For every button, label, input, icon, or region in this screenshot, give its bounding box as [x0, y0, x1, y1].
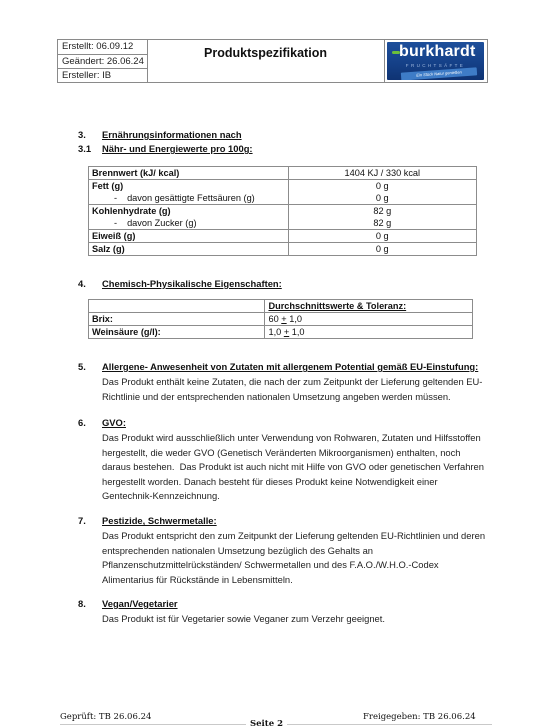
text-line: Pflanzenschutzmittelrückständen/ Schwerm… [102, 558, 485, 573]
section-4-heading: 4.Chemisch-Physikalische Eigenschaften: [78, 278, 282, 289]
section-number: 6. [78, 417, 102, 428]
chem-tolerance: 1,0 [292, 327, 305, 337]
table-row: Weinsäure (g/l): 1,0 + 1,0 [89, 326, 473, 339]
document-header: Erstellt: 06.09.12 Geändert: 26.06.24 Er… [57, 39, 488, 83]
footer-released: Freigegeben: TB 26.06.24 [363, 712, 476, 722]
section-title: Pestizide, Schwermetalle: [102, 515, 217, 526]
plusminus-sign: + [281, 314, 286, 324]
table-row: Brennwert (kJ/ kcal) 1404 KJ / 330 kcal [89, 167, 477, 180]
nutrition-value: 0 g [288, 243, 476, 256]
nutrition-sub-label: davon Zucker (g) [127, 218, 196, 228]
nutrition-table: Brennwert (kJ/ kcal) 1404 KJ / 330 kcal … [88, 166, 477, 256]
section-6-body: Das Produkt wird ausschließlich unter Ve… [102, 431, 484, 504]
text-line: Das Produkt enthält keine Zutaten, die n… [102, 375, 482, 390]
plusminus-sign: + [284, 327, 289, 337]
document-meta: Erstellt: 06.09.12 Geändert: 26.06.24 Er… [58, 40, 148, 82]
text-line: Gentechnik-Kennzeichnung. [102, 489, 484, 504]
nutrition-value: 0 g [288, 230, 476, 243]
text-line: entsprechenden nationalen Umsetzung bezü… [102, 544, 485, 559]
section-5-body: Das Produkt enthält keine Zutaten, die n… [102, 375, 482, 404]
section-title: Nähr- und Energiewerte pro 100g: [102, 143, 253, 154]
nutrition-value: 82 g [292, 205, 473, 217]
section-7-heading: 7.Pestizide, Schwermetalle: [78, 515, 217, 526]
section-number: 8. [78, 598, 102, 609]
nutrition-value-cell: 0 g 0 g [288, 180, 476, 205]
footer-checked: Geprüft: TB 26.06.24 [60, 712, 151, 722]
nutrition-label: Salz (g) [89, 243, 289, 256]
section-title: Ernährungsinformationen nach [102, 129, 242, 140]
chem-mean: 60 [268, 314, 278, 324]
section-number: 5. [78, 361, 102, 372]
table-row: Eiweiß (g) 0 g [89, 230, 477, 243]
section-7-body: Das Produkt entspricht den zum Zeitpunkt… [102, 529, 485, 587]
nutrition-label: Fett (g) [92, 180, 285, 192]
logo-slogan: Ein Stück Natur genießen [401, 67, 477, 80]
text-line: Das Produkt wird ausschließlich unter Ve… [102, 431, 484, 446]
section-number: 3. [78, 129, 102, 140]
chem-tolerance: 1,0 [289, 314, 302, 324]
empty-cell [89, 300, 265, 313]
table-row: Salz (g) 0 g [89, 243, 477, 256]
nutrition-sub-label: davon gesättigte Fettsäuren (g) [127, 193, 255, 203]
changed-date: Geändert: 26.06.24 [58, 54, 147, 68]
section-5-heading: 5.Allergene- Anwesenheit von Zutaten mit… [78, 361, 478, 372]
chem-label: Weinsäure (g/l): [89, 326, 265, 339]
nutrition-label-cell: Fett (g) -davon gesättigte Fettsäuren (g… [89, 180, 289, 205]
section-8-heading: 8.Vegan/Vegetarier [78, 598, 178, 609]
nutrition-label-cell: Kohlenhydrate (g) -davon Zucker (g) [89, 205, 289, 230]
nutrition-value: 1404 KJ / 330 kcal [288, 167, 476, 180]
section-3-heading: 3.Ernährungsinformationen nach [78, 129, 242, 140]
chem-value: 1,0 + 1,0 [265, 326, 473, 339]
table-row: Durchschnittswerte & Toleranz: [89, 300, 473, 313]
section-number: 3.1 [78, 143, 102, 154]
created-date: Erstellt: 06.09.12 [58, 40, 147, 54]
section-title: Vegan/Vegetarier [102, 598, 178, 609]
burkhardt-logo: burkhardt FRUCHTSÄFTE Ein Stück Natur ge… [387, 42, 484, 80]
text-line: hergestellt worden. Danach besteht für d… [102, 475, 484, 490]
logo-name: burkhardt [399, 43, 475, 61]
text-line: Das Produkt entspricht den zum Zeitpunkt… [102, 529, 485, 544]
nutrition-value-cell: 82 g 82 g [288, 205, 476, 230]
author: Ersteller: IB [58, 68, 147, 82]
nutrition-value: 0 g [292, 180, 473, 192]
section-8-body: Das Produkt ist für Vegetarier sowie Veg… [102, 612, 385, 627]
section-title: Chemisch-Physikalische Eigenschaften: [102, 278, 282, 289]
dash-bullet: - [114, 218, 117, 228]
table-row: Brix: 60 + 1,0 [89, 313, 473, 326]
section-title: GVO: [102, 417, 126, 428]
section-number: 4. [78, 278, 102, 289]
page-number: Seite 2 [246, 719, 287, 727]
nutrition-label: Kohlenhydrate (g) [92, 205, 285, 217]
nutrition-label: Eiweiß (g) [89, 230, 289, 243]
chem-header-text: Durchschnittswerte & Toleranz: [268, 301, 406, 311]
text-line: hergestellt, die weder GVO (Genetisch Ve… [102, 446, 484, 461]
chem-mean: 1,0 [268, 327, 281, 337]
nutrition-sub-label-wrap: -davon gesättigte Fettsäuren (g) [92, 192, 285, 204]
nutrition-sub-label-wrap: -davon Zucker (g) [92, 217, 285, 229]
text-line: Richtlinie und der entsprechenden nation… [102, 390, 482, 405]
section-title: Allergene- Anwesenheit von Zutaten mit a… [102, 361, 478, 372]
section-number: 7. [78, 515, 102, 526]
text-line: daraus bestehen. Das Produkt ist auch ni… [102, 460, 484, 475]
logo-cell: burkhardt FRUCHTSÄFTE Ein Stück Natur ge… [384, 40, 487, 82]
chem-value: 60 + 1,0 [265, 313, 473, 326]
chem-header: Durchschnittswerte & Toleranz: [265, 300, 473, 313]
text-line: Alimentarius für Rückstände in Lebensmit… [102, 573, 485, 588]
dash-bullet: - [114, 193, 117, 203]
chem-table: Durchschnittswerte & Toleranz: Brix: 60 … [88, 299, 473, 339]
nutrition-sub-value: 82 g [292, 217, 473, 229]
document-title: Produktspezifikation [147, 40, 385, 82]
nutrition-sub-value: 0 g [292, 192, 473, 204]
text-line: Das Produkt ist für Vegetarier sowie Veg… [102, 612, 385, 627]
table-row: Kohlenhydrate (g) -davon Zucker (g) 82 g… [89, 205, 477, 230]
nutrition-label: Brennwert (kJ/ kcal) [89, 167, 289, 180]
section-6-heading: 6.GVO: [78, 417, 126, 428]
table-row: Fett (g) -davon gesättigte Fettsäuren (g… [89, 180, 477, 205]
section-3-1-heading: 3.1Nähr- und Energiewerte pro 100g: [78, 143, 253, 154]
chem-label: Brix: [89, 313, 265, 326]
